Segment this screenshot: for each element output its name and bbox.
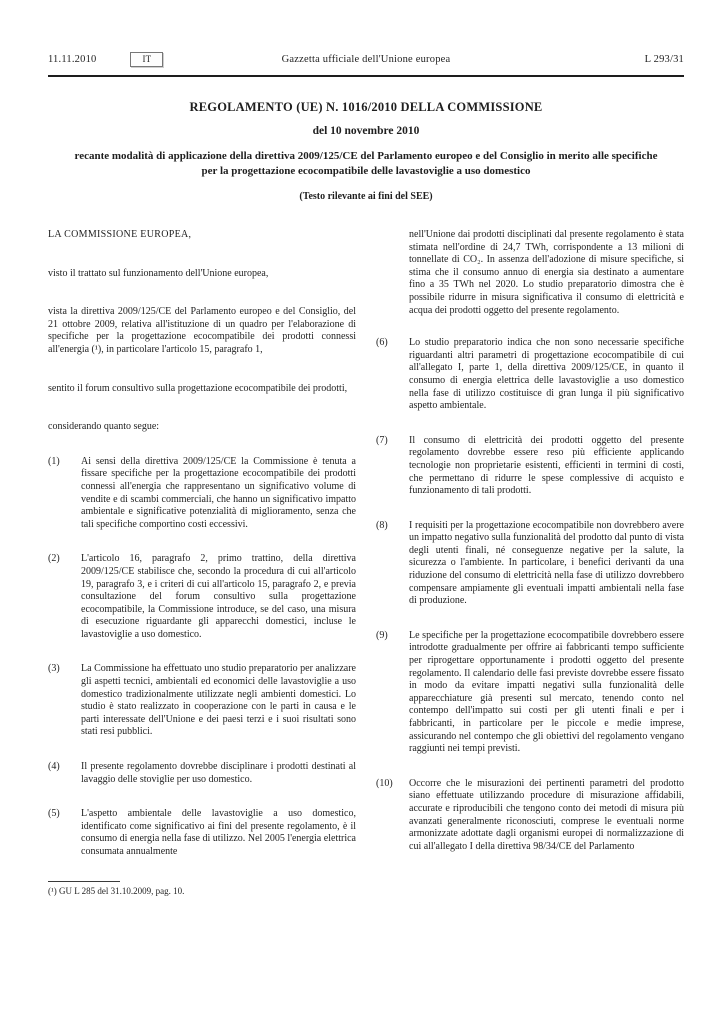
regulation-title: REGOLAMENTO (UE) N. 1016/2010 DELLA COMM… bbox=[48, 100, 684, 115]
recital-number: (9) bbox=[376, 630, 409, 756]
page-reference: L 293/31 bbox=[645, 54, 684, 65]
recital-text: Il presente regolamento dovrebbe discipl… bbox=[81, 761, 356, 786]
recital-text: I requisiti per la progettazione ecocomp… bbox=[409, 520, 684, 608]
body-columns: LA COMMISSIONE EUROPEA, visto il trattat… bbox=[48, 229, 684, 897]
citation-directive: vista la direttiva 2009/125/CE del Parla… bbox=[48, 306, 356, 356]
recital-text: L'articolo 16, paragrafo 2, primo tratti… bbox=[81, 553, 356, 641]
recital-10: (10) Occorre che le misurazioni dei pert… bbox=[376, 778, 684, 854]
recital-number: (5) bbox=[48, 808, 81, 858]
recital-text: La Commissione ha effettuato uno studio … bbox=[81, 663, 356, 739]
recital-text: Ai sensi della direttiva 2009/125/CE la … bbox=[81, 456, 356, 532]
recital-4: (4) Il presente regolamento dovrebbe dis… bbox=[48, 761, 356, 786]
citation-treaty: visto il trattato sul funzionamento dell… bbox=[48, 268, 356, 281]
footnote-text: (¹) GU L 285 del 31.10.2009, pag. 10. bbox=[48, 886, 184, 896]
regulation-subject: recante modalità di applicazione della d… bbox=[74, 149, 659, 179]
recital-text: L'aspetto ambientale delle lavastoviglie… bbox=[81, 808, 356, 858]
recital-number: (7) bbox=[376, 435, 409, 498]
regulation-date: del 10 novembre 2010 bbox=[48, 125, 684, 137]
considering-line: considerando quanto segue: bbox=[48, 421, 356, 434]
recital-7: (7) Il consumo di elettricità dei prodot… bbox=[376, 435, 684, 498]
right-column: nell'Unione dai prodotti disciplinati da… bbox=[376, 229, 684, 897]
recital-number: (2) bbox=[48, 553, 81, 641]
recital-2: (2) L'articolo 16, paragrafo 2, primo tr… bbox=[48, 553, 356, 641]
recital-8: (8) I requisiti per la progettazione eco… bbox=[376, 520, 684, 608]
recital-number: (6) bbox=[376, 337, 409, 413]
language-code-box: IT bbox=[130, 52, 163, 67]
recital-1: (1) Ai sensi della direttiva 2009/125/CE… bbox=[48, 456, 356, 532]
page-header: 11.11.2010 IT Gazzetta ufficiale dell'Un… bbox=[48, 50, 684, 68]
recital-6: (6) Lo studio preparatorio indica che no… bbox=[376, 337, 684, 413]
eea-relevance-note: (Testo rilevante ai fini del SEE) bbox=[48, 191, 684, 202]
recital-text: Le specifiche per la progettazione ecoco… bbox=[409, 630, 684, 756]
opening-line: LA COMMISSIONE EUROPEA, bbox=[48, 229, 356, 242]
recital-5-continuation: nell'Unione dai prodotti disciplinati da… bbox=[376, 229, 684, 317]
issue-date: 11.11.2010 bbox=[48, 54, 96, 65]
recital-5: (5) L'aspetto ambientale delle lavastovi… bbox=[48, 808, 356, 858]
recital-number: (10) bbox=[376, 778, 409, 854]
footnote-block: (¹) GU L 285 del 31.10.2009, pag. 10. bbox=[48, 881, 356, 897]
recital-text: Occorre che le misurazioni dei pertinent… bbox=[409, 778, 684, 854]
recital-3: (3) La Commissione ha effettuato uno stu… bbox=[48, 663, 356, 739]
citation-forum: sentito il forum consultivo sulla proget… bbox=[48, 383, 356, 396]
recital-number: (4) bbox=[48, 761, 81, 786]
recital-text: Il consumo di elettricità dei prodotti o… bbox=[409, 435, 684, 498]
footnote-divider bbox=[48, 881, 120, 882]
journal-page: 11.11.2010 IT Gazzetta ufficiale dell'Un… bbox=[0, 0, 725, 1024]
recital-9: (9) Le specifiche per la progettazione e… bbox=[376, 630, 684, 756]
recital-number: (3) bbox=[48, 663, 81, 739]
recital-text: Lo studio preparatorio indica che non so… bbox=[409, 337, 684, 413]
title-block: REGOLAMENTO (UE) N. 1016/2010 DELLA COMM… bbox=[48, 100, 684, 202]
header-divider bbox=[48, 75, 684, 77]
left-column: LA COMMISSIONE EUROPEA, visto il trattat… bbox=[48, 229, 356, 897]
recital-number: (1) bbox=[48, 456, 81, 532]
recital-number: (8) bbox=[376, 520, 409, 608]
